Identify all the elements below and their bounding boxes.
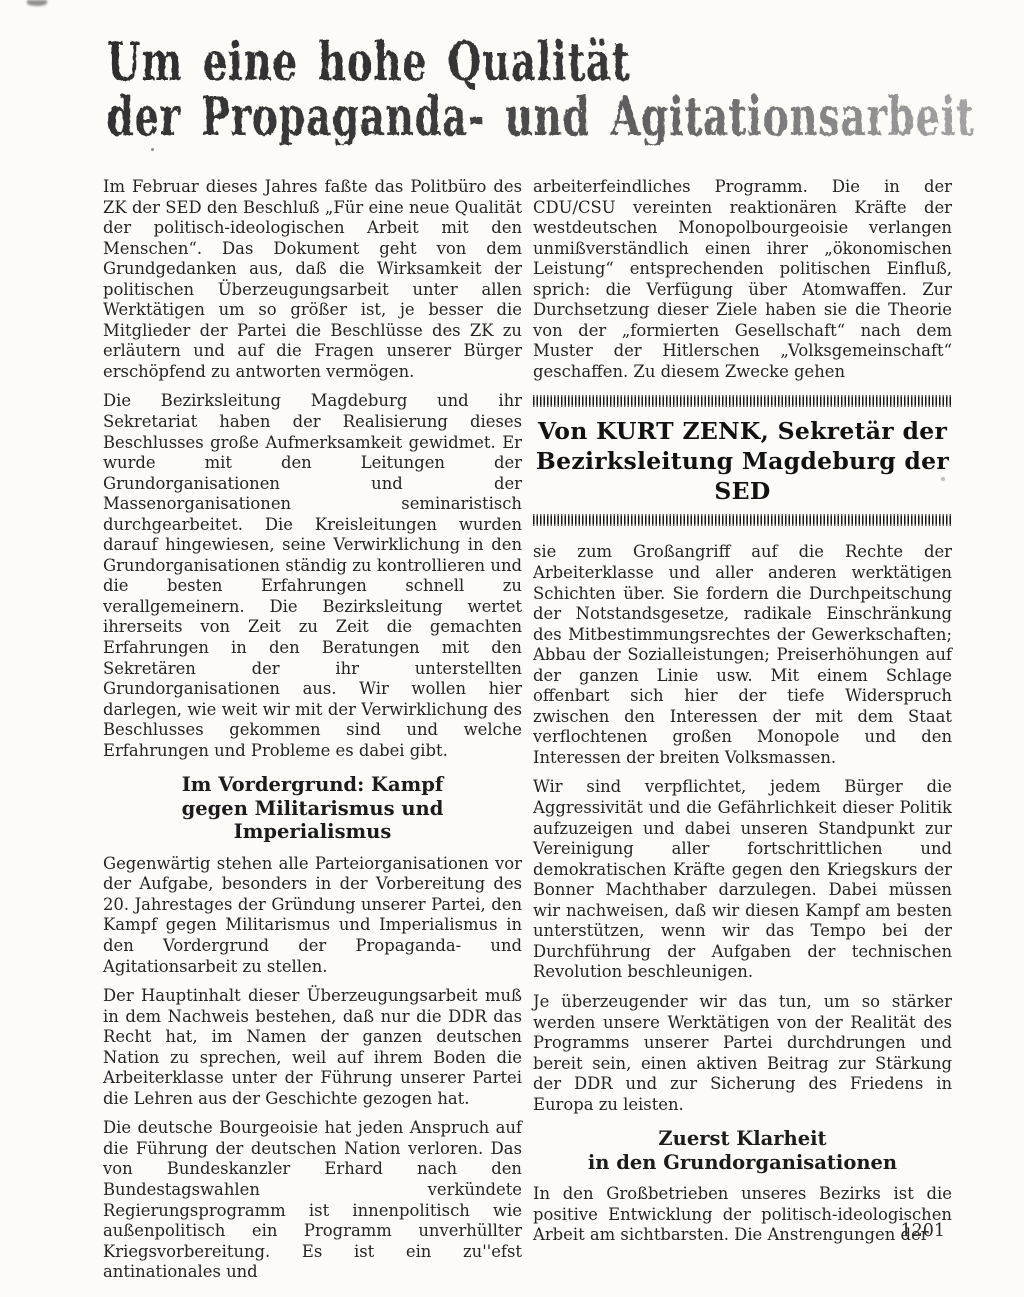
paragraph-bourgeoisie: Die deutsche Bourgeoisie hat jeden Anspr… (103, 1118, 522, 1282)
paragraph-bezirksleitung: Die Bezirksleitung Magdeburg und ihr Sek… (103, 391, 522, 761)
author-byline-line2: Bezirksleitung Magdeburg der SED (533, 446, 952, 506)
paragraph-intro-politbuero: Im Februar dieses Jahres faßte das Polit… (103, 177, 522, 382)
section-heading-line: Zuerst Klarheit (533, 1127, 952, 1151)
paragraph-verpflichtet: Wir sind verpflichtet, jedem Bürger die … (533, 777, 952, 982)
paragraph-hauptinhalt: Der Hauptinhalt dieser Überzeugungsarbei… (103, 986, 522, 1109)
article-title: Um eine hohe Qualität der Propaganda- un… (106, 34, 1024, 144)
section-heading-line: gegen Militarismus und Imperialismus (103, 797, 522, 844)
scanned-document-page: Um eine hohe Qualität der Propaganda- un… (0, 0, 1024, 1297)
hatch-rule-top (533, 395, 952, 407)
author-byline-box: Von KURT ZENK, Sekretär der Bezirksleitu… (533, 395, 952, 526)
paragraph-gegenwaertig: Gegenwärtig stehen alle Parteiorganisati… (103, 854, 522, 977)
paragraph-cdu-csu: arbeiterfeindliches Programm. Die in der… (533, 177, 952, 382)
section-heading-klarheit: Zuerst Klarheit in den Grundorganisation… (533, 1127, 952, 1174)
section-heading-line: Im Vordergrund: Kampf (103, 773, 522, 797)
author-byline: Von KURT ZENK, Sekretär der Bezirksleitu… (533, 407, 952, 514)
hatch-rule-bottom (533, 514, 952, 526)
section-heading-line: in den Grundorganisationen (533, 1151, 952, 1175)
scan-speck-artifact (151, 148, 154, 151)
section-heading-militarismus: Im Vordergrund: Kampf gegen Militarismus… (103, 773, 522, 844)
article-title-line2: der Propaganda- und Agitationsarbeit (106, 89, 974, 144)
left-text-column: Im Februar dieses Jahres faßte das Polit… (103, 177, 522, 1292)
paragraph-ueberzeugender: Je überzeugender wir das tun, um so stär… (533, 992, 952, 1115)
article-title-line1: Um eine hohe Qualität (106, 34, 974, 89)
paragraph-grossangriff: sie zum Großangriff auf die Rechte der A… (533, 542, 952, 768)
right-text-column: arbeiterfeindliches Programm. Die in der… (533, 177, 952, 1255)
scan-smudge-artifact (27, 0, 47, 6)
author-byline-line1: Von KURT ZENK, Sekretär der (533, 416, 952, 446)
page-number: 1201 (533, 1221, 945, 1241)
